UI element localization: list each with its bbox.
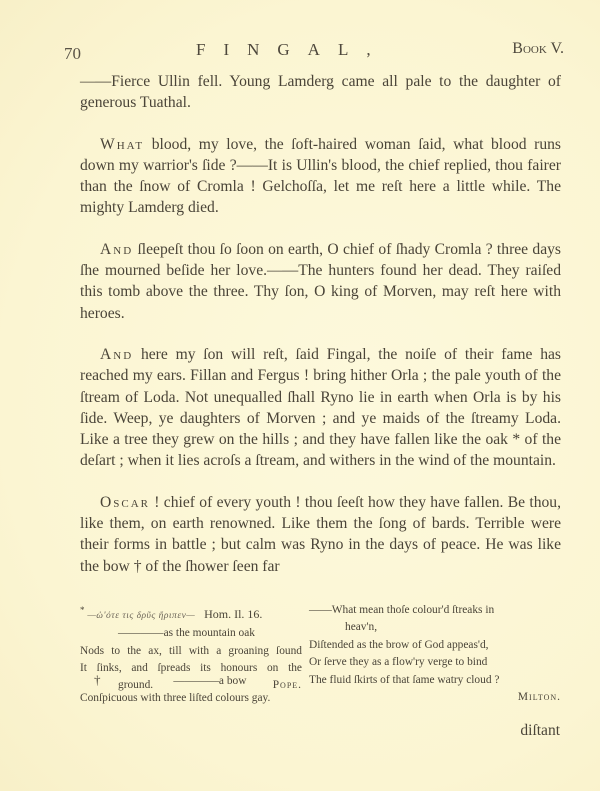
body-text: ——Fierce Ullin fell. Young Lamderg came …: [80, 71, 561, 577]
paragraph-text: ! chief of every youth ! thou ſeeſt how …: [80, 494, 561, 575]
paragraph-lead: And: [100, 241, 133, 258]
paragraph-text: here my ſon will reſt, ſaid Fingal, the …: [80, 346, 561, 469]
footnote-line: ——What mean thoſe colour'd ſtreaks in: [309, 602, 561, 619]
running-head: 70 FINGAL, Book V.: [64, 40, 564, 64]
book-label: Book V.: [512, 40, 564, 58]
footnote-dagger: † ————a bow Conſpicuous with three liſte…: [80, 671, 561, 708]
paragraph-lead: What: [100, 136, 144, 153]
page-number: 70: [64, 44, 81, 64]
greek-quote: —ὠ'ότε τις δρῦς ἤριπεν—: [87, 611, 195, 621]
footnote-line: ————as the mountain oak: [80, 625, 302, 642]
footnote-line: Conſpicuous with three liſted colours ga…: [80, 690, 561, 707]
citation: Hom. Il. 16.: [204, 607, 262, 621]
footnote-line: heav'n,: [309, 619, 561, 636]
paragraph: ——Fierce Ullin fell. Young Lamderg came …: [80, 71, 561, 114]
paragraph-text: ——Fierce Ullin fell. Young Lamderg came …: [80, 73, 561, 111]
chapter-title: FINGAL,: [196, 40, 389, 60]
paragraph-lead: And: [100, 346, 133, 363]
catchword: diſtant: [520, 722, 560, 740]
dagger-marker: †: [80, 672, 101, 687]
paragraph: And here my ſon will reſt, ſaid Fingal, …: [80, 344, 561, 472]
paragraph: Oscar ! chief of every youth ! thou ſeeſ…: [80, 492, 561, 577]
paragraph: And ſleepeſt thou ſo ſoon on earth, O ch…: [80, 239, 561, 324]
footnote-line: † ————a bow: [80, 671, 561, 690]
footnote-citation-line: * —ὠ'ότε τις δρῦς ἤριπεν— Hom. Il. 16.: [80, 602, 302, 625]
paragraph-text: blood, my love, the ſoft-haired woman ſa…: [80, 136, 561, 217]
footnote-line: Or ſerve they as a flow'ry verge to bind: [309, 654, 561, 671]
footnote-text: ————a bow: [103, 675, 246, 687]
paragraph-lead: Oscar: [100, 494, 150, 511]
footnote-line: Diſtended as the brow of God appeas'd,: [309, 637, 561, 654]
paragraph: What blood, my love, the ſoft-haired wom…: [80, 134, 561, 219]
footnote-marker: *: [80, 605, 85, 615]
paragraph-text: ſleepeſt thou ſo ſoon on earth, O chief …: [80, 241, 561, 322]
book-page: 70 FINGAL, Book V. ——Fierce Ullin fell. …: [0, 0, 600, 791]
footnote-line: Nods to the ax, till with a groaning ſou…: [80, 643, 302, 660]
